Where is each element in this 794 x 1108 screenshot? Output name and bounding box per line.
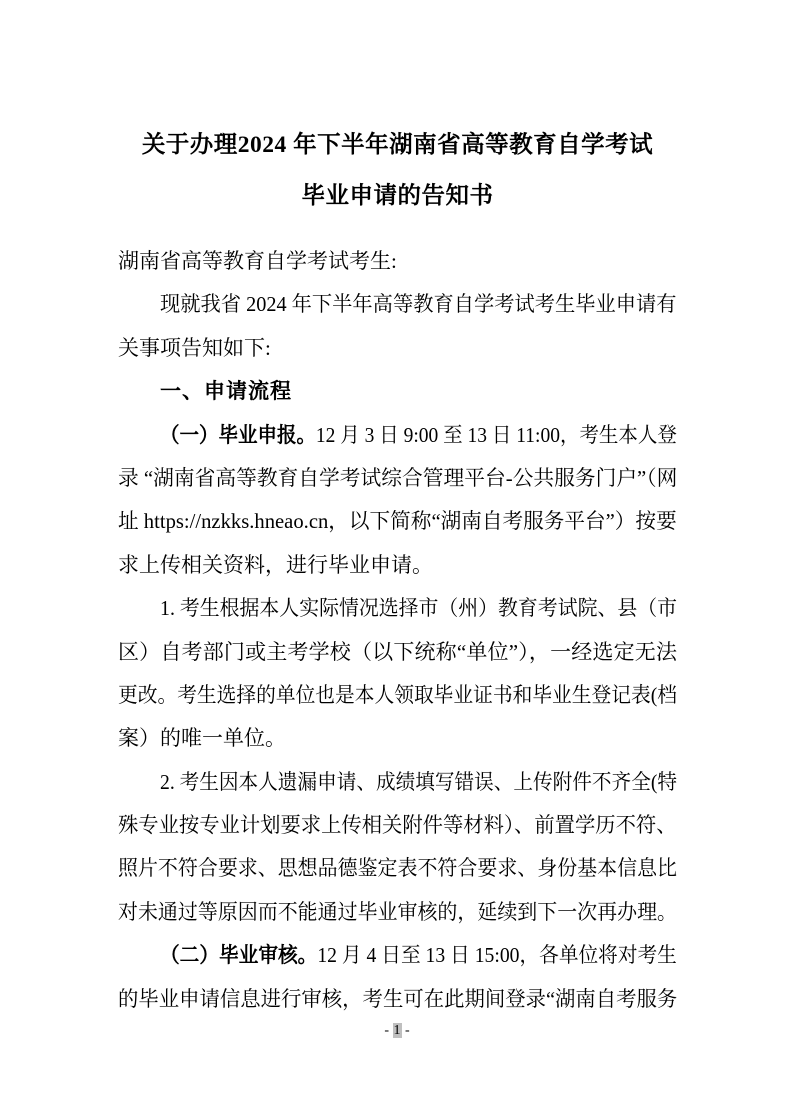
page-footer: - 1 - [0, 1021, 794, 1040]
intro-line-2: 关事项告知如下: [118, 327, 677, 370]
line-text: 求上传相关资料，进行毕业申请。 [118, 544, 433, 587]
para-4-line-1: （二）毕业审核。12 月 4 日至 13 日 15:00，各单位将对考生 [118, 934, 677, 977]
line-text: 现就我省 2024 年下半年高等教育自学考试考生毕业申请有 [160, 283, 677, 326]
salutation-line: 湖南省高等教育自学考试考生: [118, 240, 677, 283]
document-body: 湖南省高等教育自学考试考生:现就我省 2024 年下半年高等教育自学考试考生毕业… [118, 240, 677, 1021]
page-number-suffix: - [402, 1023, 410, 1038]
text-segment: 的毕业申请信息进行审核，考生可在此期间登录“湖南自考服务 [118, 987, 677, 1011]
intro-line-1: 现就我省 2024 年下半年高等教育自学考试考生毕业申请有 [118, 283, 677, 326]
bold-text-segment: （一）毕业申报。 [160, 423, 316, 447]
para-1-line-1: （一）毕业申报。12 月 3 日 9:00 至 13 日 11:00，考生本人登 [118, 414, 677, 457]
line-text: 案）的唯一单位。 [118, 717, 286, 760]
para-3-line-4: 对未通过等原因而不能通过毕业审核的，延续到下一次再办理。 [118, 891, 677, 934]
text-segment: 2. 考生因本人遗漏申请、成绩填写错误、上传附件不齐全(特 [160, 770, 677, 794]
para-2-line-2: 区）自考部门或主考学校（以下统称“单位”），一经选定无法 [118, 631, 677, 674]
page-number-prefix: - [384, 1023, 392, 1038]
bold-text-segment: （二）毕业审核。 [160, 943, 317, 967]
line-text: 的毕业申请信息进行审核，考生可在此期间登录“湖南自考服务 [118, 978, 677, 1021]
para-1-line-3: 址 https://nzkks.hneao.cn，以下简称“湖南自考服务平台”）… [118, 500, 677, 543]
text-segment: 录 “湖南省高等教育自学考试综合管理平台-公共服务门户”（网 [118, 466, 677, 490]
line-text: 湖南省高等教育自学考试考生: [118, 240, 397, 283]
text-segment: 12 月 4 日至 13 日 15:00，各单位将对考生 [317, 943, 677, 967]
section-heading-1: 一、申请流程 [118, 370, 677, 413]
document-title: 关于办理2024 年下半年湖南省高等教育自学考试 毕业申请的告知书 [118, 120, 677, 222]
para-3-line-2: 殊专业按专业计划要求上传相关附件等材料）、前置学历不符、 [118, 804, 677, 847]
line-text: 1. 考生根据本人实际情况选择市（州）教育考试院、县（市 [160, 587, 677, 630]
line-text: 对未通过等原因而不能通过毕业审核的，延续到下一次再办理。 [118, 891, 677, 934]
text-segment: 对未通过等原因而不能通过毕业审核的，延续到下一次再办理。 [118, 900, 677, 924]
para-1-line-4: 求上传相关资料，进行毕业申请。 [118, 544, 677, 587]
bold-text-segment: 一、申请流程 [160, 380, 292, 403]
page-number: 1 [393, 1023, 402, 1038]
line-text: 址 https://nzkks.hneao.cn，以下简称“湖南自考服务平台”）… [118, 500, 677, 543]
para-3-line-3: 照片不符合要求、思想品德鉴定表不符合要求、身份基本信息比 [118, 847, 677, 890]
text-segment: 址 https://nzkks.hneao.cn，以下简称“湖南自考服务平台”）… [118, 509, 677, 533]
line-text: 更改。考生选择的单位也是本人领取毕业证书和毕业生登记表(档 [118, 674, 677, 717]
text-segment: 1. 考生根据本人实际情况选择市（州）教育考试院、县（市 [160, 596, 677, 620]
text-segment: 案）的唯一单位。 [118, 726, 286, 750]
line-text: 录 “湖南省高等教育自学考试综合管理平台-公共服务门户”（网 [118, 457, 677, 500]
line-text: 2. 考生因本人遗漏申请、成绩填写错误、上传附件不齐全(特 [160, 761, 677, 804]
document-title-line-2: 毕业申请的告知书 [118, 171, 677, 222]
para-2-line-1: 1. 考生根据本人实际情况选择市（州）教育考试院、县（市 [118, 587, 677, 630]
line-text: 照片不符合要求、思想品德鉴定表不符合要求、身份基本信息比 [118, 847, 677, 890]
line-text: 区）自考部门或主考学校（以下统称“单位”），一经选定无法 [118, 631, 677, 674]
text-segment: 12 月 3 日 9:00 至 13 日 11:00，考生本人登 [316, 423, 677, 447]
para-2-line-4: 案）的唯一单位。 [118, 717, 677, 760]
document-title-line-1: 关于办理2024 年下半年湖南省高等教育自学考试 [118, 120, 677, 171]
line-text: （二）毕业审核。12 月 4 日至 13 日 15:00，各单位将对考生 [160, 934, 677, 977]
text-segment: 更改。考生选择的单位也是本人领取毕业证书和毕业生登记表(档 [118, 683, 677, 707]
text-segment: 殊专业按专业计划要求上传相关附件等材料）、前置学历不符、 [118, 813, 677, 837]
text-segment: 区）自考部门或主考学校（以下统称“单位”），一经选定无法 [118, 640, 677, 664]
line-text: （一）毕业申报。12 月 3 日 9:00 至 13 日 11:00，考生本人登 [160, 414, 677, 457]
para-2-line-3: 更改。考生选择的单位也是本人领取毕业证书和毕业生登记表(档 [118, 674, 677, 717]
line-text: 殊专业按专业计划要求上传相关附件等材料）、前置学历不符、 [118, 804, 677, 847]
para-1-line-2: 录 “湖南省高等教育自学考试综合管理平台-公共服务门户”（网 [118, 457, 677, 500]
line-text: 一、申请流程 [160, 370, 292, 413]
text-segment: 关事项告知如下: [118, 336, 271, 360]
text-segment: 湖南省高等教育自学考试考生: [118, 249, 397, 273]
text-segment: 求上传相关资料，进行毕业申请。 [118, 553, 433, 577]
text-segment: 现就我省 2024 年下半年高等教育自学考试考生毕业申请有 [160, 292, 677, 316]
para-3-line-1: 2. 考生因本人遗漏申请、成绩填写错误、上传附件不齐全(特 [118, 761, 677, 804]
para-4-line-2: 的毕业申请信息进行审核，考生可在此期间登录“湖南自考服务 [118, 978, 677, 1021]
document-page: 关于办理2024 年下半年湖南省高等教育自学考试 毕业申请的告知书 湖南省高等教… [0, 0, 794, 1108]
text-segment: 照片不符合要求、思想品德鉴定表不符合要求、身份基本信息比 [118, 856, 677, 880]
line-text: 关事项告知如下: [118, 327, 271, 370]
